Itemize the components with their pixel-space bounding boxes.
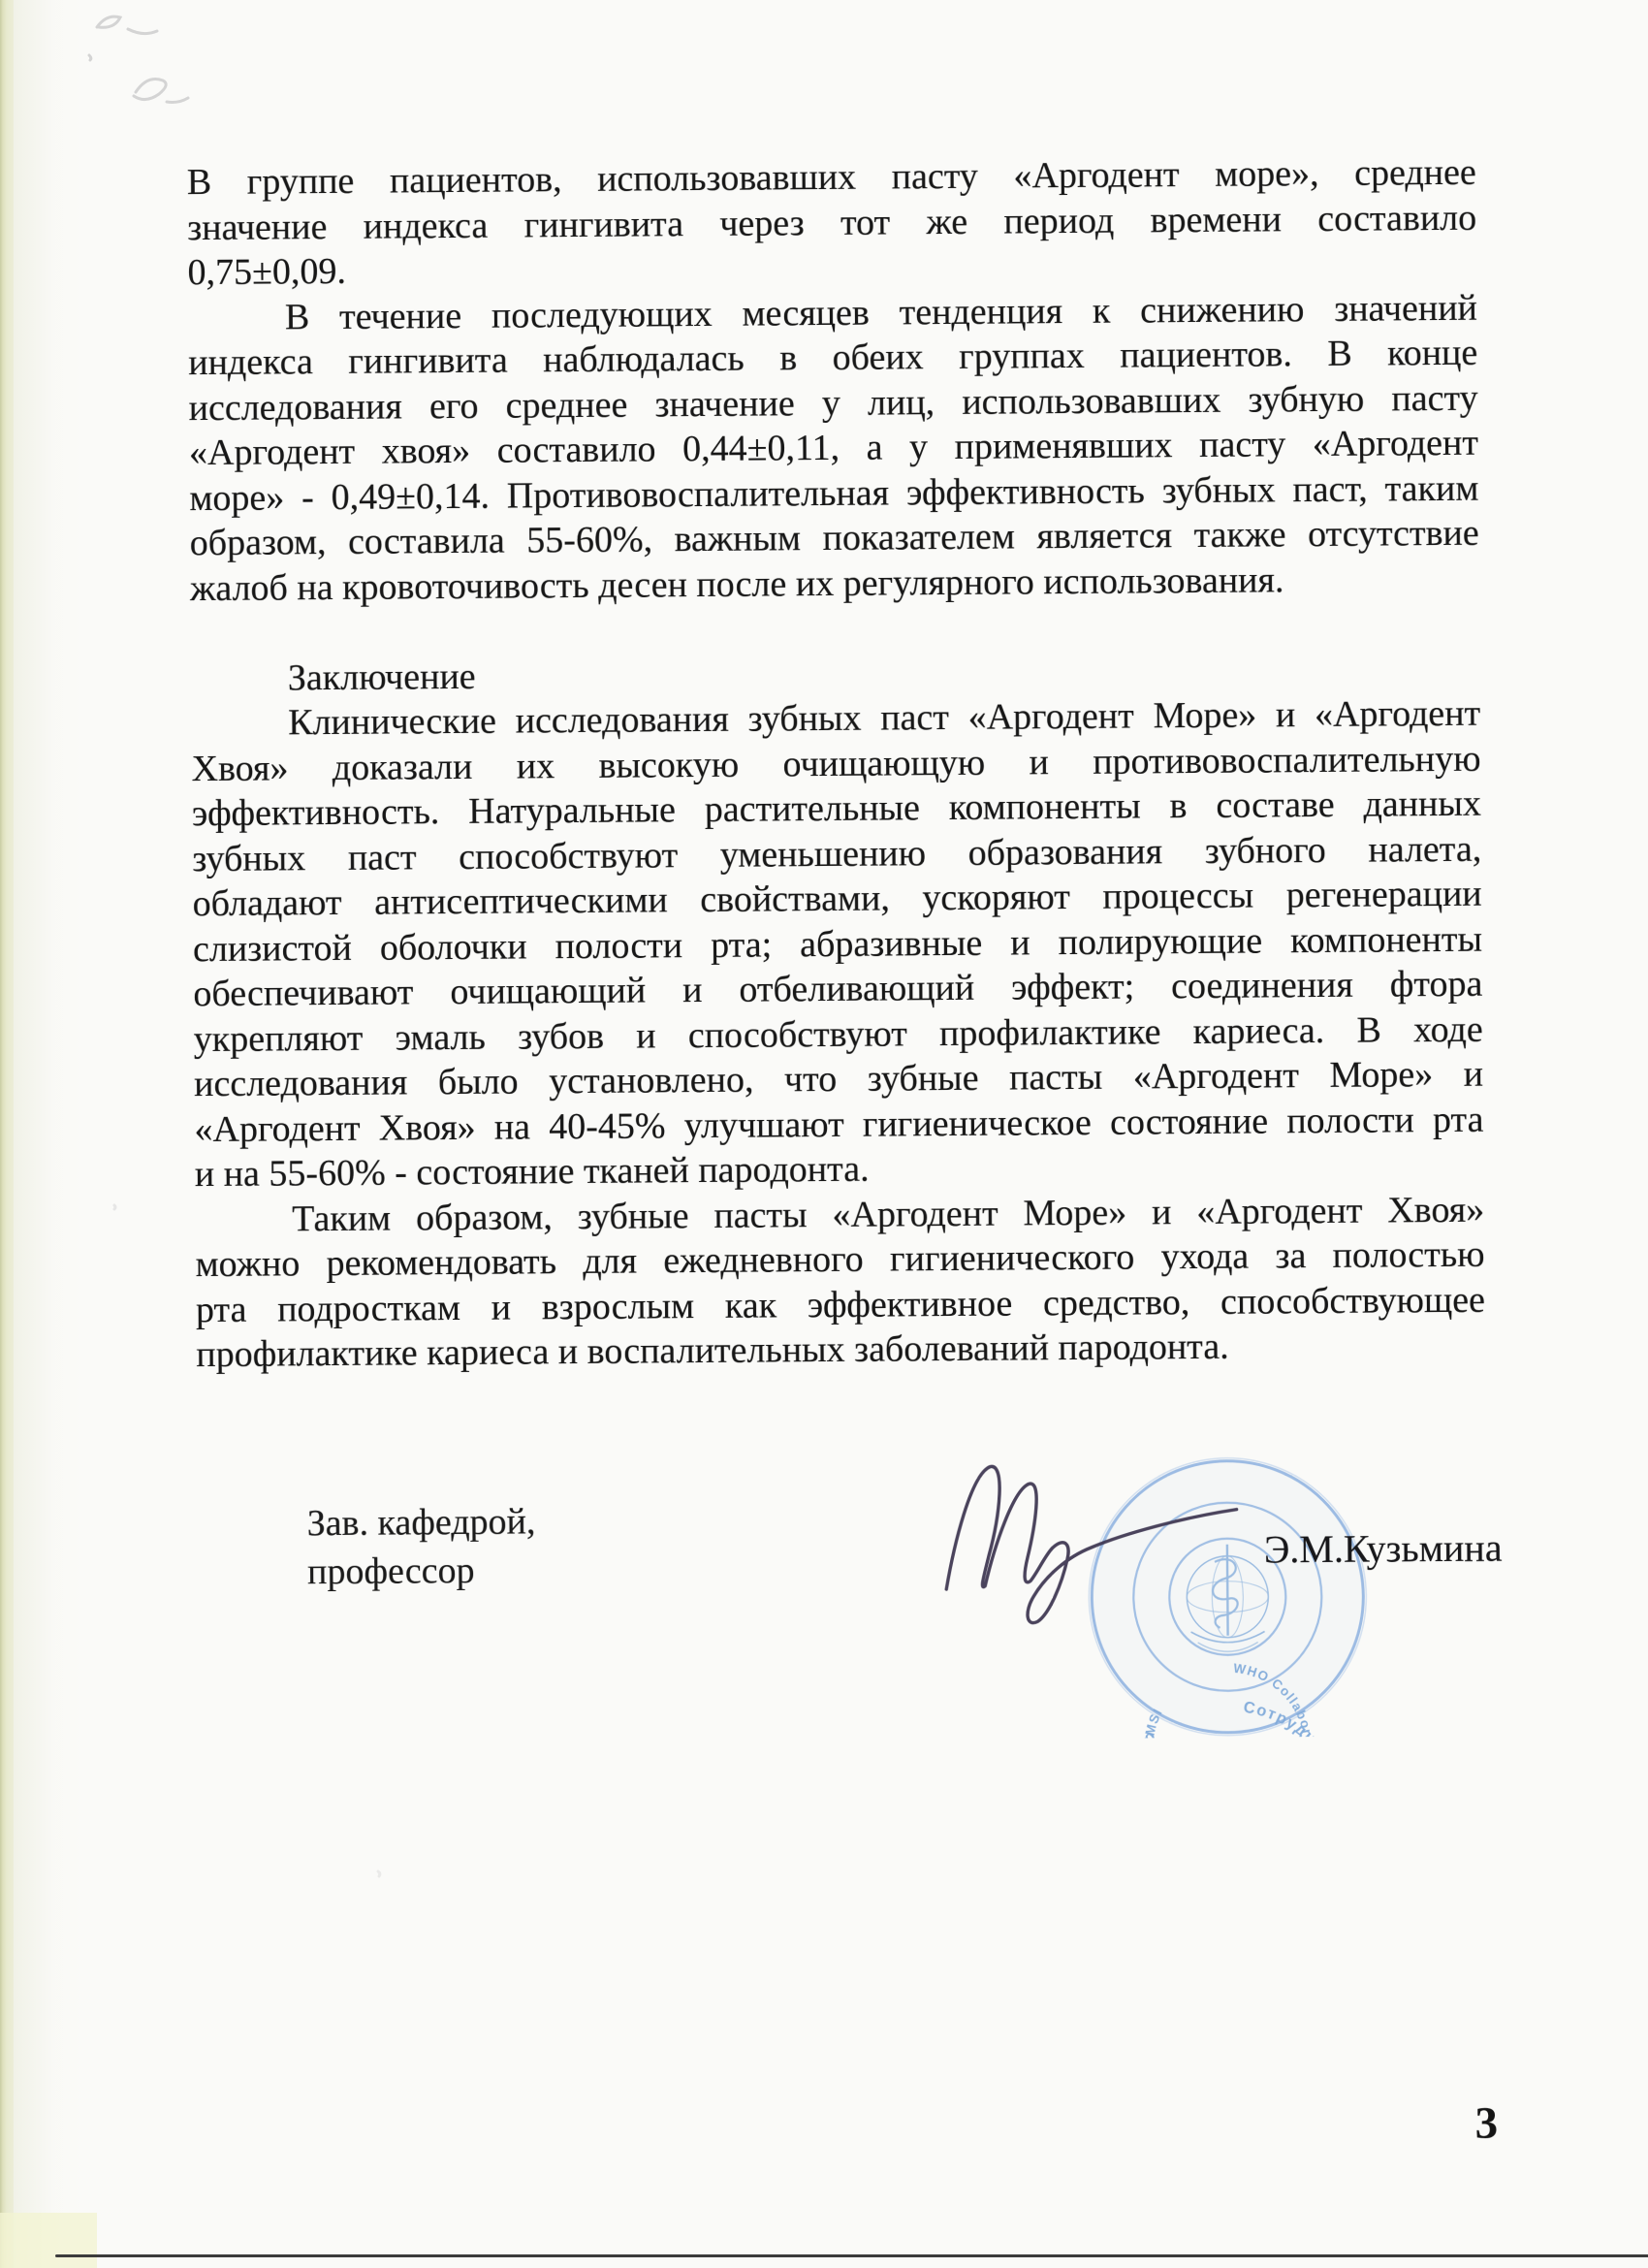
signer-name: Э.М.Кузьмина [1264, 1525, 1503, 1573]
signoff-title-line: профессор [307, 1546, 536, 1596]
handwritten-signature [924, 1442, 1255, 1648]
signoff-position-line: Зав. кафедрой, [306, 1497, 535, 1548]
text-line: профилактике кариеса и воспалительных за… [196, 1323, 1485, 1378]
signature-block: Зав. кафедрой, профессор [306, 1497, 536, 1596]
document-body-text: В группе пациентов, использовавших пасту… [187, 150, 1486, 1378]
signature-stroke [945, 1464, 1237, 1623]
scanned-document-page: В группе пациентов, использовавших пасту… [0, 0, 1648, 2268]
page-number: 3 [1474, 2097, 1498, 2150]
